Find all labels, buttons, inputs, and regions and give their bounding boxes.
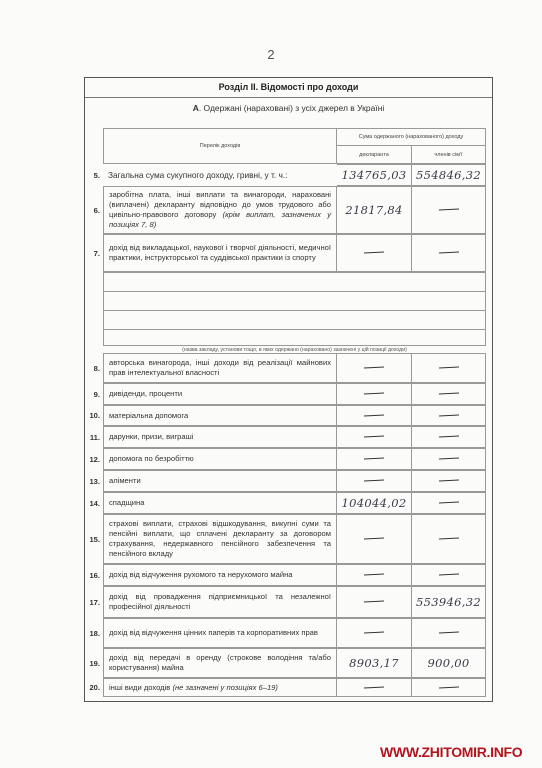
row-number: 8. bbox=[85, 353, 100, 383]
dash-mark bbox=[364, 367, 384, 369]
declarant-amount: 21817,84 bbox=[337, 186, 412, 234]
income-type: аліменти bbox=[103, 470, 337, 492]
table-row: 18.дохід від відчуження цінних паперів т… bbox=[103, 618, 486, 648]
income-note: (не зазначені у позиціях 6–19) bbox=[170, 683, 278, 692]
table-row: 10.матеріальна допомога bbox=[103, 405, 486, 426]
row-number: 16. bbox=[85, 564, 100, 586]
empty-value bbox=[337, 235, 411, 271]
empty-value bbox=[412, 427, 485, 447]
declarant-amount bbox=[337, 448, 412, 470]
income-type: авторська винагорода, інші доходи від ре… bbox=[103, 353, 337, 383]
declarant-amount bbox=[337, 564, 412, 586]
income-type: дохід від викладацької, наукової і творч… bbox=[103, 234, 337, 272]
empty-value bbox=[337, 449, 411, 469]
income-type: спадщина bbox=[103, 492, 337, 514]
family-amount bbox=[412, 514, 486, 564]
dash-mark bbox=[438, 414, 458, 416]
empty-value bbox=[337, 587, 411, 617]
declarant-amount bbox=[337, 618, 412, 648]
income-type: страхові виплати, страхові відшкодування… bbox=[103, 514, 337, 564]
empty-value bbox=[337, 406, 411, 425]
declarant-amount bbox=[337, 678, 412, 697]
declarant-amount: 104044,02 bbox=[337, 492, 412, 514]
dash-mark bbox=[438, 480, 458, 482]
dash-mark bbox=[364, 393, 384, 395]
empty-value bbox=[412, 406, 485, 425]
income-type: дохід від передачі в оренду (строкове во… bbox=[103, 648, 337, 678]
family-amount bbox=[412, 564, 486, 586]
row-number: 7. bbox=[85, 234, 100, 272]
table-row: 13.аліменти bbox=[103, 470, 486, 492]
family-amount: 553946,32 bbox=[412, 586, 486, 618]
family-amount: 554846,32 bbox=[412, 164, 486, 186]
institution-caption: (назва закладу, установи тощо, в яких од… bbox=[103, 347, 486, 353]
table-row: 16.дохід від відчуження рухомого та неру… bbox=[103, 564, 486, 586]
blank-line bbox=[104, 329, 485, 330]
table-row: 19.дохід від передачі в оренду (строкове… bbox=[103, 648, 486, 678]
empty-value bbox=[412, 619, 485, 647]
income-type: заробітна плата, інші виплати та винагор… bbox=[103, 186, 337, 234]
family-amount bbox=[412, 405, 486, 426]
handwritten-value: 21817,84 bbox=[337, 187, 411, 233]
handwritten-value: 553946,32 bbox=[412, 587, 485, 617]
dash-mark bbox=[438, 252, 458, 254]
declarant-amount bbox=[337, 353, 412, 383]
empty-value bbox=[412, 187, 485, 233]
row-number: 12. bbox=[85, 448, 100, 470]
institution-name-lines bbox=[103, 272, 486, 346]
empty-value bbox=[412, 515, 485, 563]
subsection-text: . Одержані (нараховані) з усіх джерел в … bbox=[199, 103, 384, 113]
watermark: WWW.ZHITOMIR.INFO bbox=[380, 744, 522, 760]
row-number: 9. bbox=[85, 383, 100, 405]
empty-value bbox=[337, 384, 411, 404]
handwritten-value: 900,00 bbox=[412, 649, 485, 677]
dash-mark bbox=[438, 393, 458, 395]
income-type: дохід від провадження підприємницької та… bbox=[103, 586, 337, 618]
dash-mark bbox=[438, 632, 458, 634]
family-amount bbox=[412, 426, 486, 448]
dash-mark bbox=[438, 436, 458, 438]
empty-value bbox=[412, 493, 485, 513]
empty-value bbox=[412, 354, 485, 382]
empty-value bbox=[337, 354, 411, 382]
table-row: 6.заробітна плата, інші виплати та винаг… bbox=[103, 186, 486, 234]
empty-value bbox=[412, 679, 485, 696]
table-row: 11.дарунки, призи, виграші bbox=[103, 426, 486, 448]
row-number: 14. bbox=[85, 492, 100, 514]
blank-line bbox=[104, 291, 485, 292]
row-number: 15. bbox=[85, 514, 100, 564]
table-row: 5.Загальна сума сукупного доходу, гривні… bbox=[103, 164, 486, 186]
family-amount bbox=[412, 383, 486, 405]
family-amount bbox=[412, 448, 486, 470]
table-row: 14.спадщина104044,02 bbox=[103, 492, 486, 514]
dash-mark bbox=[364, 574, 384, 576]
empty-value bbox=[412, 471, 485, 491]
dash-mark bbox=[364, 436, 384, 438]
header-declarant: декларанта bbox=[337, 146, 412, 164]
table-row: 17.дохід від провадження підприємницької… bbox=[103, 586, 486, 618]
empty-value bbox=[337, 679, 411, 696]
income-type: Загальна сума сукупного доходу, гривні, … bbox=[103, 164, 337, 186]
income-type: дарунки, призи, виграші bbox=[103, 426, 337, 448]
table-row: 12.допомога по безробіттю bbox=[103, 448, 486, 470]
table-row: 8.авторська винагорода, інші доходи від … bbox=[103, 353, 486, 383]
family-amount: 900,00 bbox=[412, 648, 486, 678]
empty-value bbox=[412, 449, 485, 469]
declarant-amount: 8903,17 bbox=[337, 648, 412, 678]
empty-value bbox=[412, 384, 485, 404]
dash-mark bbox=[438, 209, 458, 211]
table-header: Перелік доходів Сума одержаного (нарахов… bbox=[103, 128, 486, 164]
row-number: 13. bbox=[85, 470, 100, 492]
empty-value bbox=[412, 235, 485, 271]
income-type: дивіденди, проценти bbox=[103, 383, 337, 405]
declarant-amount bbox=[337, 514, 412, 564]
family-amount bbox=[412, 618, 486, 648]
dash-mark bbox=[438, 686, 458, 688]
declarant-amount: 134765,03 bbox=[337, 164, 412, 186]
subsection-title: А. Одержані (нараховані) з усіх джерел в… bbox=[85, 103, 492, 113]
income-type: допомога по безробіттю bbox=[103, 448, 337, 470]
income-type: дохід від відчуження цінних паперів та к… bbox=[103, 618, 337, 648]
empty-value bbox=[337, 619, 411, 647]
income-type: інші види доходів (не зазначені у позиці… bbox=[103, 678, 337, 697]
dash-mark bbox=[364, 632, 384, 634]
page-number: 2 bbox=[0, 47, 542, 62]
dash-mark bbox=[438, 574, 458, 576]
dash-mark bbox=[438, 538, 458, 540]
family-amount bbox=[412, 353, 486, 383]
declarant-amount bbox=[337, 586, 412, 618]
table-row: 9.дивіденди, проценти bbox=[103, 383, 486, 405]
income-note: (крім виплат, зазначених у позиціях 7, 8… bbox=[109, 210, 331, 229]
row-number: 20. bbox=[85, 678, 100, 697]
declarant-amount bbox=[337, 405, 412, 426]
declarant-amount bbox=[337, 383, 412, 405]
empty-value bbox=[337, 471, 411, 491]
table-row: 20.інші види доходів (не зазначені у поз… bbox=[103, 678, 486, 697]
row-number: 5. bbox=[85, 164, 100, 186]
handwritten-value: 554846,32 bbox=[412, 165, 485, 185]
empty-value bbox=[337, 427, 411, 447]
blank-line bbox=[104, 310, 485, 311]
table-row: 7.дохід від викладацької, наукової і тво… bbox=[103, 234, 486, 272]
dash-mark bbox=[438, 367, 458, 369]
dash-mark bbox=[364, 458, 384, 460]
dash-mark bbox=[438, 458, 458, 460]
dash-mark bbox=[438, 502, 458, 504]
handwritten-value: 134765,03 bbox=[337, 165, 411, 185]
declarant-amount bbox=[337, 234, 412, 272]
income-type: матеріальна допомога bbox=[103, 405, 337, 426]
dash-mark bbox=[364, 252, 384, 254]
header-list: Перелік доходів bbox=[103, 128, 337, 164]
empty-value bbox=[337, 565, 411, 585]
declarant-amount bbox=[337, 426, 412, 448]
family-amount bbox=[412, 678, 486, 697]
header-sum: Сума одержаного (нарахованого) доходу bbox=[337, 128, 486, 146]
table-row: 15.страхові виплати, страхові відшкодува… bbox=[103, 514, 486, 564]
dash-mark bbox=[364, 414, 384, 416]
empty-value bbox=[412, 565, 485, 585]
row-number: 6. bbox=[85, 186, 100, 234]
income-type: дохід від відчуження рухомого та нерухом… bbox=[103, 564, 337, 586]
dash-mark bbox=[364, 480, 384, 482]
dash-mark bbox=[364, 601, 384, 603]
dash-mark bbox=[364, 686, 384, 688]
handwritten-value: 104044,02 bbox=[337, 493, 411, 513]
section-title: Розділ ІІ. Відомості про доходи bbox=[85, 78, 492, 98]
row-number: 19. bbox=[85, 648, 100, 678]
empty-value bbox=[337, 515, 411, 563]
declarant-amount bbox=[337, 470, 412, 492]
header-family: членів сім'ї bbox=[412, 146, 486, 164]
row-number: 11. bbox=[85, 426, 100, 448]
family-amount bbox=[412, 234, 486, 272]
row-number: 10. bbox=[85, 405, 100, 426]
row-number: 18. bbox=[85, 618, 100, 648]
row-number: 17. bbox=[85, 586, 100, 618]
family-amount bbox=[412, 470, 486, 492]
family-amount bbox=[412, 492, 486, 514]
handwritten-value: 8903,17 bbox=[337, 649, 411, 677]
family-amount bbox=[412, 186, 486, 234]
income-section-frame: Розділ ІІ. Відомості про доходи А. Одерж… bbox=[84, 77, 493, 702]
dash-mark bbox=[364, 538, 384, 540]
